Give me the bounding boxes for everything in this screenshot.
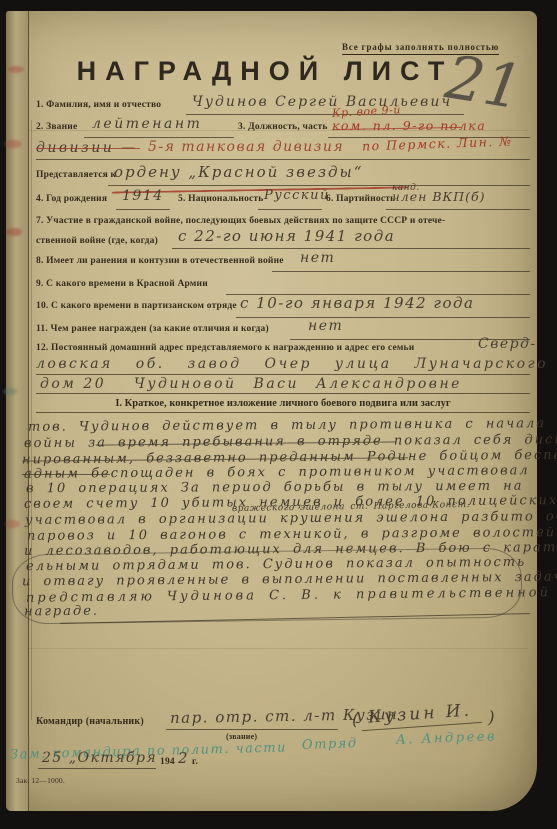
field-surname-label: 1. Фамилия, имя и отчество [36,100,161,110]
citation-strikethrough [22,474,110,475]
document-title: НАГРАДНОЙ ЛИСТ [40,56,490,87]
field2-underline [84,137,234,138]
birth-year-value: 1914 [122,188,164,204]
field5-underline [258,209,322,210]
margin-ink-mark [6,228,22,236]
field-surname-value: Чудинов Сергей Васильевич [192,94,452,110]
signature-paren-close: ) [488,708,496,728]
date-year-suffix: г. [192,757,198,767]
paper-crease-horizontal [28,648,528,649]
presented-to-label: Представляется к [36,170,116,180]
wounds-label: 8. Имеет ли ранения и контузии в отечест… [36,256,284,266]
field10-underline [236,317,530,318]
page-number-pencil-mark: 21 [441,42,527,123]
home-address-label: 12. Постоянный домашний адрес представля… [36,343,414,353]
field4-underline [116,209,170,210]
home-address-line2: ловская об. завод Очер улица Луначарског… [36,356,548,372]
rank-sublabel: (звание) [226,732,257,741]
field1-underline [186,114,464,115]
war-participation-value: с 22-го июня 1941 года [178,227,395,245]
scanned-award-sheet: Все графы заполнять полностью НАГРАДНОЙ … [0,0,557,829]
presented-underline [108,185,530,186]
field-position-label: 3. Должность, часть [238,122,328,132]
pen-circle-annotation [12,547,523,624]
nationality-label: 5. Национальность [178,194,264,204]
commander-underline [166,729,338,730]
presented-to-value: ордену „Красной звезды“ [114,163,363,181]
field7-underline [172,248,530,249]
signature-paren-open: ( [352,710,360,730]
field8-underline [272,271,530,272]
home-address-line3b: Чудиновой Васи Александровне [134,376,462,392]
home-address-line3a: дом 20 [40,376,106,392]
war-participation-label-line1: 7. Участие в гражданской войне, последую… [36,216,445,226]
previous-awards-label: 11. Чем ранее награжден (за какие отличи… [36,324,269,334]
print-order-code: Зак. 12—1000. [16,776,65,785]
nationality-value: Русский [264,188,330,203]
margin-ink-mark [5,520,20,528]
party-label: 6. Партийность [326,194,395,204]
citation-section-header: I. Краткое, конкретное изложение личного… [36,398,530,409]
partisan-since-value: с 10-го января 1942 года [240,294,475,312]
division-value: 5-я танковая дивизия [148,139,344,155]
address-line3-underline [36,393,530,394]
date-year-printed: 194 [160,757,175,767]
home-address-start: Сверд- [478,336,537,352]
red-army-since-label: 9. С какого времени в Красной Армии [36,279,208,289]
field6-underline [386,209,530,210]
political-officer-note-mid: Отряд [302,736,358,753]
partisan-since-label: 10. С какого времени в партизанском отря… [36,301,237,311]
section-header-bottom-rule [36,412,530,413]
war-participation-label-line2: ственной войне (где, когда) [36,236,158,246]
date-underline [38,768,156,769]
date-day-month-value: 25 „Октября [42,750,157,766]
margin-ink-mark [8,66,24,73]
wounds-value: нет [300,250,335,266]
birth-year-label: 4. Год рождения [36,194,107,204]
party-value: член ВКП(б) [392,189,485,204]
date-year-written: 2 [178,749,189,767]
field-rank-label: 2. Звание [36,122,77,132]
commander-label: Командир (начальник) [36,716,144,727]
address-line2-underline [36,374,530,375]
field-rank-value: лейтенант [92,116,202,132]
margin-ink-mark [4,140,22,148]
previous-page-edge [6,11,29,811]
field-position-value: ком. пл. 9-го полка [332,118,486,133]
previous-awards-value: нет [308,318,343,334]
division-strikethrough [36,148,140,149]
division-underline [36,159,530,160]
margin-ink-mark [3,388,17,395]
